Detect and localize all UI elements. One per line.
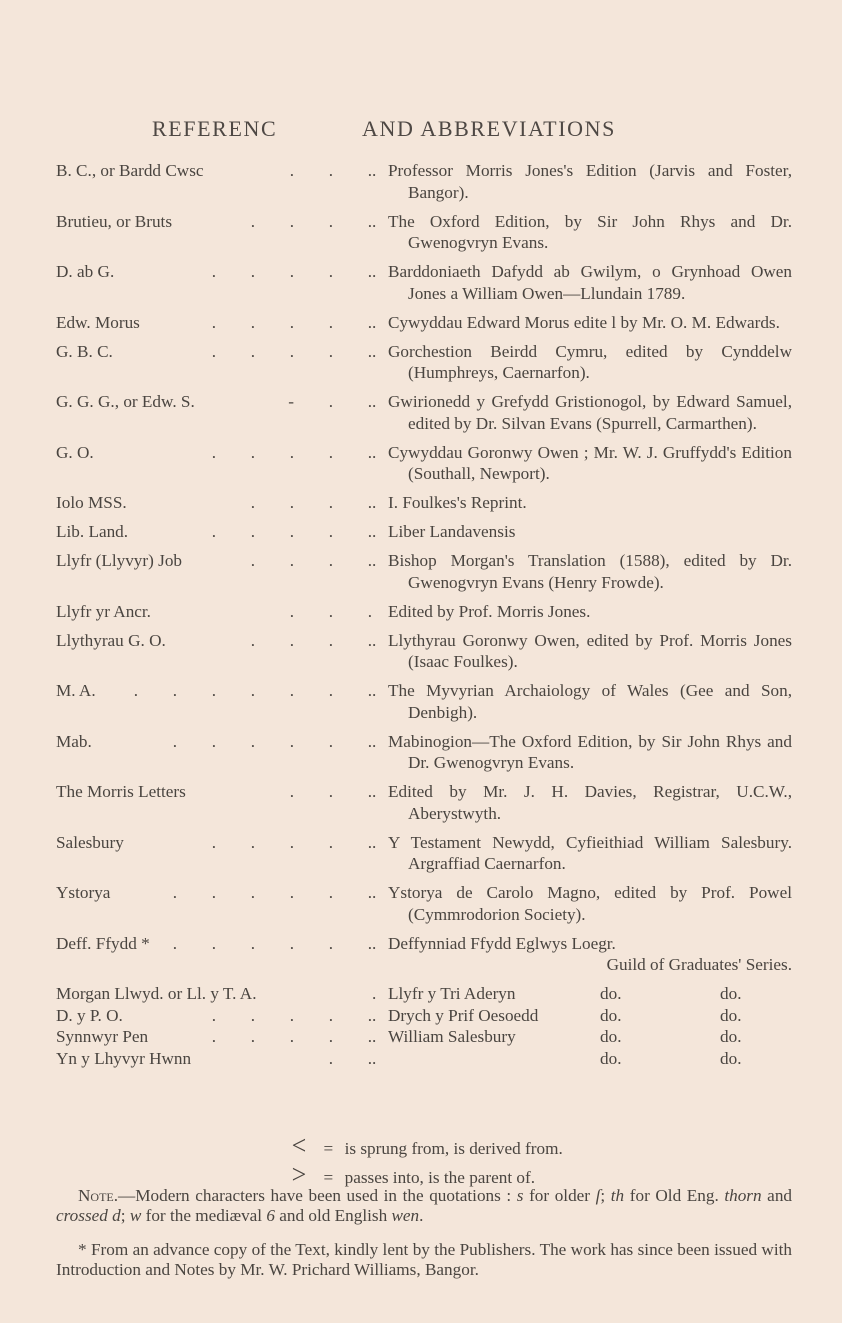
leader-dots: ......	[56, 731, 372, 753]
leader-dots: ......	[56, 882, 372, 904]
abbreviation: Llyfr yr Ancr....	[56, 601, 366, 623]
leader-dots: .....	[56, 521, 372, 543]
abbreviation: G. G. G., or Edw. S.-..	[56, 391, 366, 434]
description-text: Gwirionedd y Grefydd Gristionogol, by Ed…	[388, 392, 792, 433]
abbreviation: B. C., or Bardd Cwsc...	[56, 160, 366, 203]
reference-description: Edited by Prof. Morris Jones.	[388, 601, 792, 623]
leader-dots: -..	[56, 391, 372, 413]
reference-description: Cywyddau Goronwy Owen ; Mr. W. J. Gruffy…	[388, 442, 792, 485]
abbreviation-list: B. C., or Bardd Cwsc....Professor Morris…	[56, 160, 792, 1069]
abbreviation-entry: B. C., or Bardd Cwsc....Professor Morris…	[56, 160, 792, 203]
abbreviation-entry: G. B. C.......Gorchestion Beirdd Cymru, …	[56, 341, 792, 384]
note-italic: w	[130, 1206, 141, 1225]
abbreviation-entry: D. y P. O.......Drych y Prif Oesoedddo.d…	[56, 1005, 792, 1027]
title-part-2: AND ABBREVIATIONS	[362, 116, 616, 141]
abbreviation-entry: Synnwyr Pen......William Salesburydo.do.	[56, 1026, 792, 1048]
note-paragraph: Note.—Modern characters have been used i…	[56, 1186, 792, 1226]
abbreviation: G. O......	[56, 442, 366, 485]
abbreviation: Brutieu, or Bruts....	[56, 211, 366, 254]
note-italic: th	[611, 1186, 624, 1205]
leader-dots: .....	[56, 1026, 372, 1048]
leader-dots: .....	[56, 1005, 372, 1027]
ditto-mark: do.	[720, 1026, 780, 1048]
note-text: .	[419, 1206, 423, 1225]
reference-description: Llyfr y Tri Aderyndo.do.	[388, 983, 792, 1005]
description-text: Liber Landavensis	[388, 522, 515, 541]
reference-description: Bishop Morgan's Translation (1588), edit…	[388, 550, 792, 593]
description-text: Cywyddau Goronwy Owen ; Mr. W. J. Gruffy…	[388, 443, 792, 484]
leader-dots: ....	[56, 211, 372, 233]
abbreviation-entry: Ystorya.......Ystorya de Carolo Magno, e…	[56, 882, 792, 925]
abbreviation: D. ab G......	[56, 261, 366, 304]
abbreviation: Deff. Ffydd *......	[56, 933, 366, 976]
leader-dots: ....	[56, 630, 372, 652]
abbreviation-text: Morgan Llwyd. or Ll. y T. A.	[56, 984, 257, 1003]
description-text: Llythyrau Goronwy Owen, edited by Prof. …	[388, 631, 792, 672]
abbreviation: Llythyrau G. O.....	[56, 630, 366, 673]
abbreviation: Mab.......	[56, 731, 366, 774]
leader-dots: ..	[56, 1048, 372, 1070]
work-title: Drych y Prif Oesoedd	[388, 1005, 600, 1027]
abbreviation-entry: The Morris Letters....Edited by Mr. J. H…	[56, 781, 792, 824]
symbol-meaning: is sprung from, is derived from.	[345, 1139, 563, 1158]
leader-dots: .....	[56, 442, 372, 464]
ditto-mark: do.	[600, 1048, 720, 1070]
reference-description: Cywyddau Edward Morus edite l by Mr. O. …	[388, 312, 792, 334]
description-text: Cywyddau Edward Morus edite l by Mr. O. …	[388, 313, 780, 332]
symbol-legend: < = is sprung from, is derived from. > =…	[286, 1133, 563, 1191]
note-text: and old English	[275, 1206, 392, 1225]
description-text: Gorchestion Beirdd Cymru, edited by Cynd…	[388, 342, 792, 383]
greater-than-symbol: >	[286, 1162, 312, 1188]
abbreviation: Lib. Land......	[56, 521, 366, 543]
abbreviation-entry: G. O.......Cywyddau Goronwy Owen ; Mr. W…	[56, 442, 792, 485]
leader-dots: .....	[56, 832, 372, 854]
reference-description: I. Foulkes's Reprint.	[388, 492, 792, 514]
reference-description: do.do.	[388, 1048, 792, 1070]
description-text: The Myvyrian Archaiology of Wales (Gee a…	[388, 681, 792, 722]
reference-description: Y Testament Newydd, Cyfieithiad William …	[388, 832, 792, 875]
work-title: Llyfr y Tri Aderyn	[388, 983, 600, 1005]
note-italic: thorn	[724, 1186, 761, 1205]
abbreviation: Morgan Llwyd. or Ll. y T. A.	[56, 983, 366, 1005]
ditto-mark: do.	[720, 1048, 780, 1070]
abbreviation: Llyfr (Llyvyr) Job....	[56, 550, 366, 593]
leader-dots: ....	[56, 550, 372, 572]
abbreviation-entry: Edw. Morus......Cywyddau Edward Morus ed…	[56, 312, 792, 334]
leader-dots: ...	[56, 781, 372, 803]
reference-description: Edited by Mr. J. H. Davies, Registrar, U…	[388, 781, 792, 824]
symbol-meaning: passes into, is the parent of.	[345, 1168, 535, 1187]
note-text: for Old Eng.	[624, 1186, 724, 1205]
abbreviation-entry: G. G. G., or Edw. S.-...Gwirionedd y Gre…	[56, 391, 792, 434]
reference-description: Llythyrau Goronwy Owen, edited by Prof. …	[388, 630, 792, 673]
reference-description: Professor Morris Jones's Edition (Jarvis…	[388, 160, 792, 203]
note-text: ;	[121, 1206, 130, 1225]
reference-description: Gwirionedd y Grefydd Gristionogol, by Ed…	[388, 391, 792, 434]
note-text: ;	[600, 1186, 610, 1205]
description-text: Edited by Mr. J. H. Davies, Registrar, U…	[388, 782, 792, 823]
reference-description: The Oxford Edition, by Sir John Rhys and…	[388, 211, 792, 254]
ditto-mark: do.	[600, 1026, 720, 1048]
abbreviation: Salesbury.....	[56, 832, 366, 875]
reference-description: The Myvyrian Archaiology of Wales (Gee a…	[388, 680, 792, 723]
title-part-1: REFERENC	[152, 116, 362, 142]
description-text: The Oxford Edition, by Sir John Rhys and…	[388, 212, 792, 253]
ditto-mark: do.	[600, 1005, 720, 1027]
abbreviation-entry: Llythyrau G. O......Llythyrau Goronwy Ow…	[56, 630, 792, 673]
symbol-row: < = is sprung from, is derived from.	[286, 1133, 563, 1162]
description-text: Mabinogion—The Oxford Edition, by Sir Jo…	[388, 732, 792, 773]
description-text: Bishop Morgan's Translation (1588), edit…	[388, 551, 792, 592]
ditto-mark: do.	[600, 983, 720, 1005]
separator-dot: .	[366, 983, 388, 1005]
abbreviation: D. y P. O......	[56, 1005, 366, 1027]
description-text: Ystorya de Carolo Magno, edited by Prof.…	[388, 883, 792, 924]
page-title: REFERENCAND ABBREVIATIONS	[152, 116, 616, 142]
abbreviation: The Morris Letters...	[56, 781, 366, 824]
description-text: I. Foulkes's Reprint.	[388, 493, 527, 512]
note-italic: 6	[266, 1206, 275, 1225]
reference-description: Liber Landavensis	[388, 521, 792, 543]
reference-description: Barddoniaeth Dafydd ab Gwilym, o Grynhoa…	[388, 261, 792, 304]
leader-dots: ...	[56, 160, 372, 182]
note-text: .—Modern characters have been used in th…	[114, 1186, 517, 1205]
leader-dots: ....	[56, 492, 372, 514]
ditto-mark: do.	[720, 983, 780, 1005]
abbreviation: Iolo MSS.....	[56, 492, 366, 514]
work-title	[388, 1048, 600, 1070]
note-italic: crossed d	[56, 1206, 121, 1225]
leader-dots: ...	[56, 601, 372, 623]
abbreviation-entry: D. ab G.......Barddoniaeth Dafydd ab Gwi…	[56, 261, 792, 304]
leader-dots: .....	[56, 261, 372, 283]
abbreviation-entry: M. A.........The Myvyrian Archaiology of…	[56, 680, 792, 723]
note-text: for the mediæval	[141, 1206, 266, 1225]
description-text: Y Testament Newydd, Cyfieithiad William …	[388, 833, 792, 874]
footnote: * From an advance copy of the Text, kind…	[56, 1240, 792, 1280]
ditto-mark: do.	[720, 1005, 780, 1027]
reference-description: Ystorya de Carolo Magno, edited by Prof.…	[388, 882, 792, 925]
abbreviation-entry: Morgan Llwyd. or Ll. y T. A..Llyfr y Tri…	[56, 983, 792, 1005]
description-continuation: Guild of Graduates' Series.	[408, 954, 792, 976]
abbreviation: M. A........	[56, 680, 366, 723]
description-text: Barddoniaeth Dafydd ab Gwilym, o Grynhoa…	[388, 262, 792, 303]
equals-sign: =	[316, 1136, 340, 1162]
abbreviation: Edw. Morus.....	[56, 312, 366, 334]
description-text: Edited by Prof. Morris Jones.	[388, 602, 590, 621]
reference-description: Drych y Prif Oesoedddo.do.	[388, 1005, 792, 1027]
abbreviation-entry: Brutieu, or Bruts.....The Oxford Edition…	[56, 211, 792, 254]
abbreviation-entry: Yn y Lhyvyr Hwnn...do.do.	[56, 1048, 792, 1070]
abbreviation-entry: Lib. Land.......Liber Landavensis	[56, 521, 792, 543]
description-text: Deffynniad Ffydd Eglwys Loegr.	[388, 934, 616, 953]
work-title: William Salesbury	[388, 1026, 600, 1048]
abbreviation: Ystorya......	[56, 882, 366, 925]
leader-dots: .....	[56, 312, 372, 334]
leader-dots: .....	[56, 341, 372, 363]
note-label: Note	[78, 1186, 114, 1205]
abbreviation: Synnwyr Pen.....	[56, 1026, 366, 1048]
leader-dots: ......	[56, 933, 372, 955]
abbreviation-entry: Deff. Ffydd *.......Deffynniad Ffydd Egl…	[56, 933, 792, 976]
reference-description: Mabinogion—The Oxford Edition, by Sir Jo…	[388, 731, 792, 774]
abbreviation-entry: Mab........Mabinogion—The Oxford Edition…	[56, 731, 792, 774]
note-italic: wen	[391, 1206, 419, 1225]
abbreviation-entry: Llyfr (Llyvyr) Job.....Bishop Morgan's T…	[56, 550, 792, 593]
abbreviation: Yn y Lhyvyr Hwnn..	[56, 1048, 366, 1070]
less-than-symbol: <	[286, 1133, 312, 1159]
abbreviation-entry: Salesbury......Y Testament Newydd, Cyfie…	[56, 832, 792, 875]
description-text: Professor Morris Jones's Edition (Jarvis…	[388, 161, 792, 202]
abbreviation-entry: Llyfr yr Ancr....Edited by Prof. Morris …	[56, 601, 792, 623]
leader-dots: .......	[56, 680, 372, 702]
reference-description: Gorchestion Beirdd Cymru, edited by Cynd…	[388, 341, 792, 384]
abbreviation-entry: Iolo MSS......I. Foulkes's Reprint.	[56, 492, 792, 514]
reference-description: William Salesburydo.do.	[388, 1026, 792, 1048]
abbreviation: G. B. C......	[56, 341, 366, 384]
note-text: for older	[523, 1186, 595, 1205]
note-text: and	[762, 1186, 792, 1205]
reference-description: Deffynniad Ffydd Eglwys Loegr.Guild of G…	[388, 933, 792, 976]
